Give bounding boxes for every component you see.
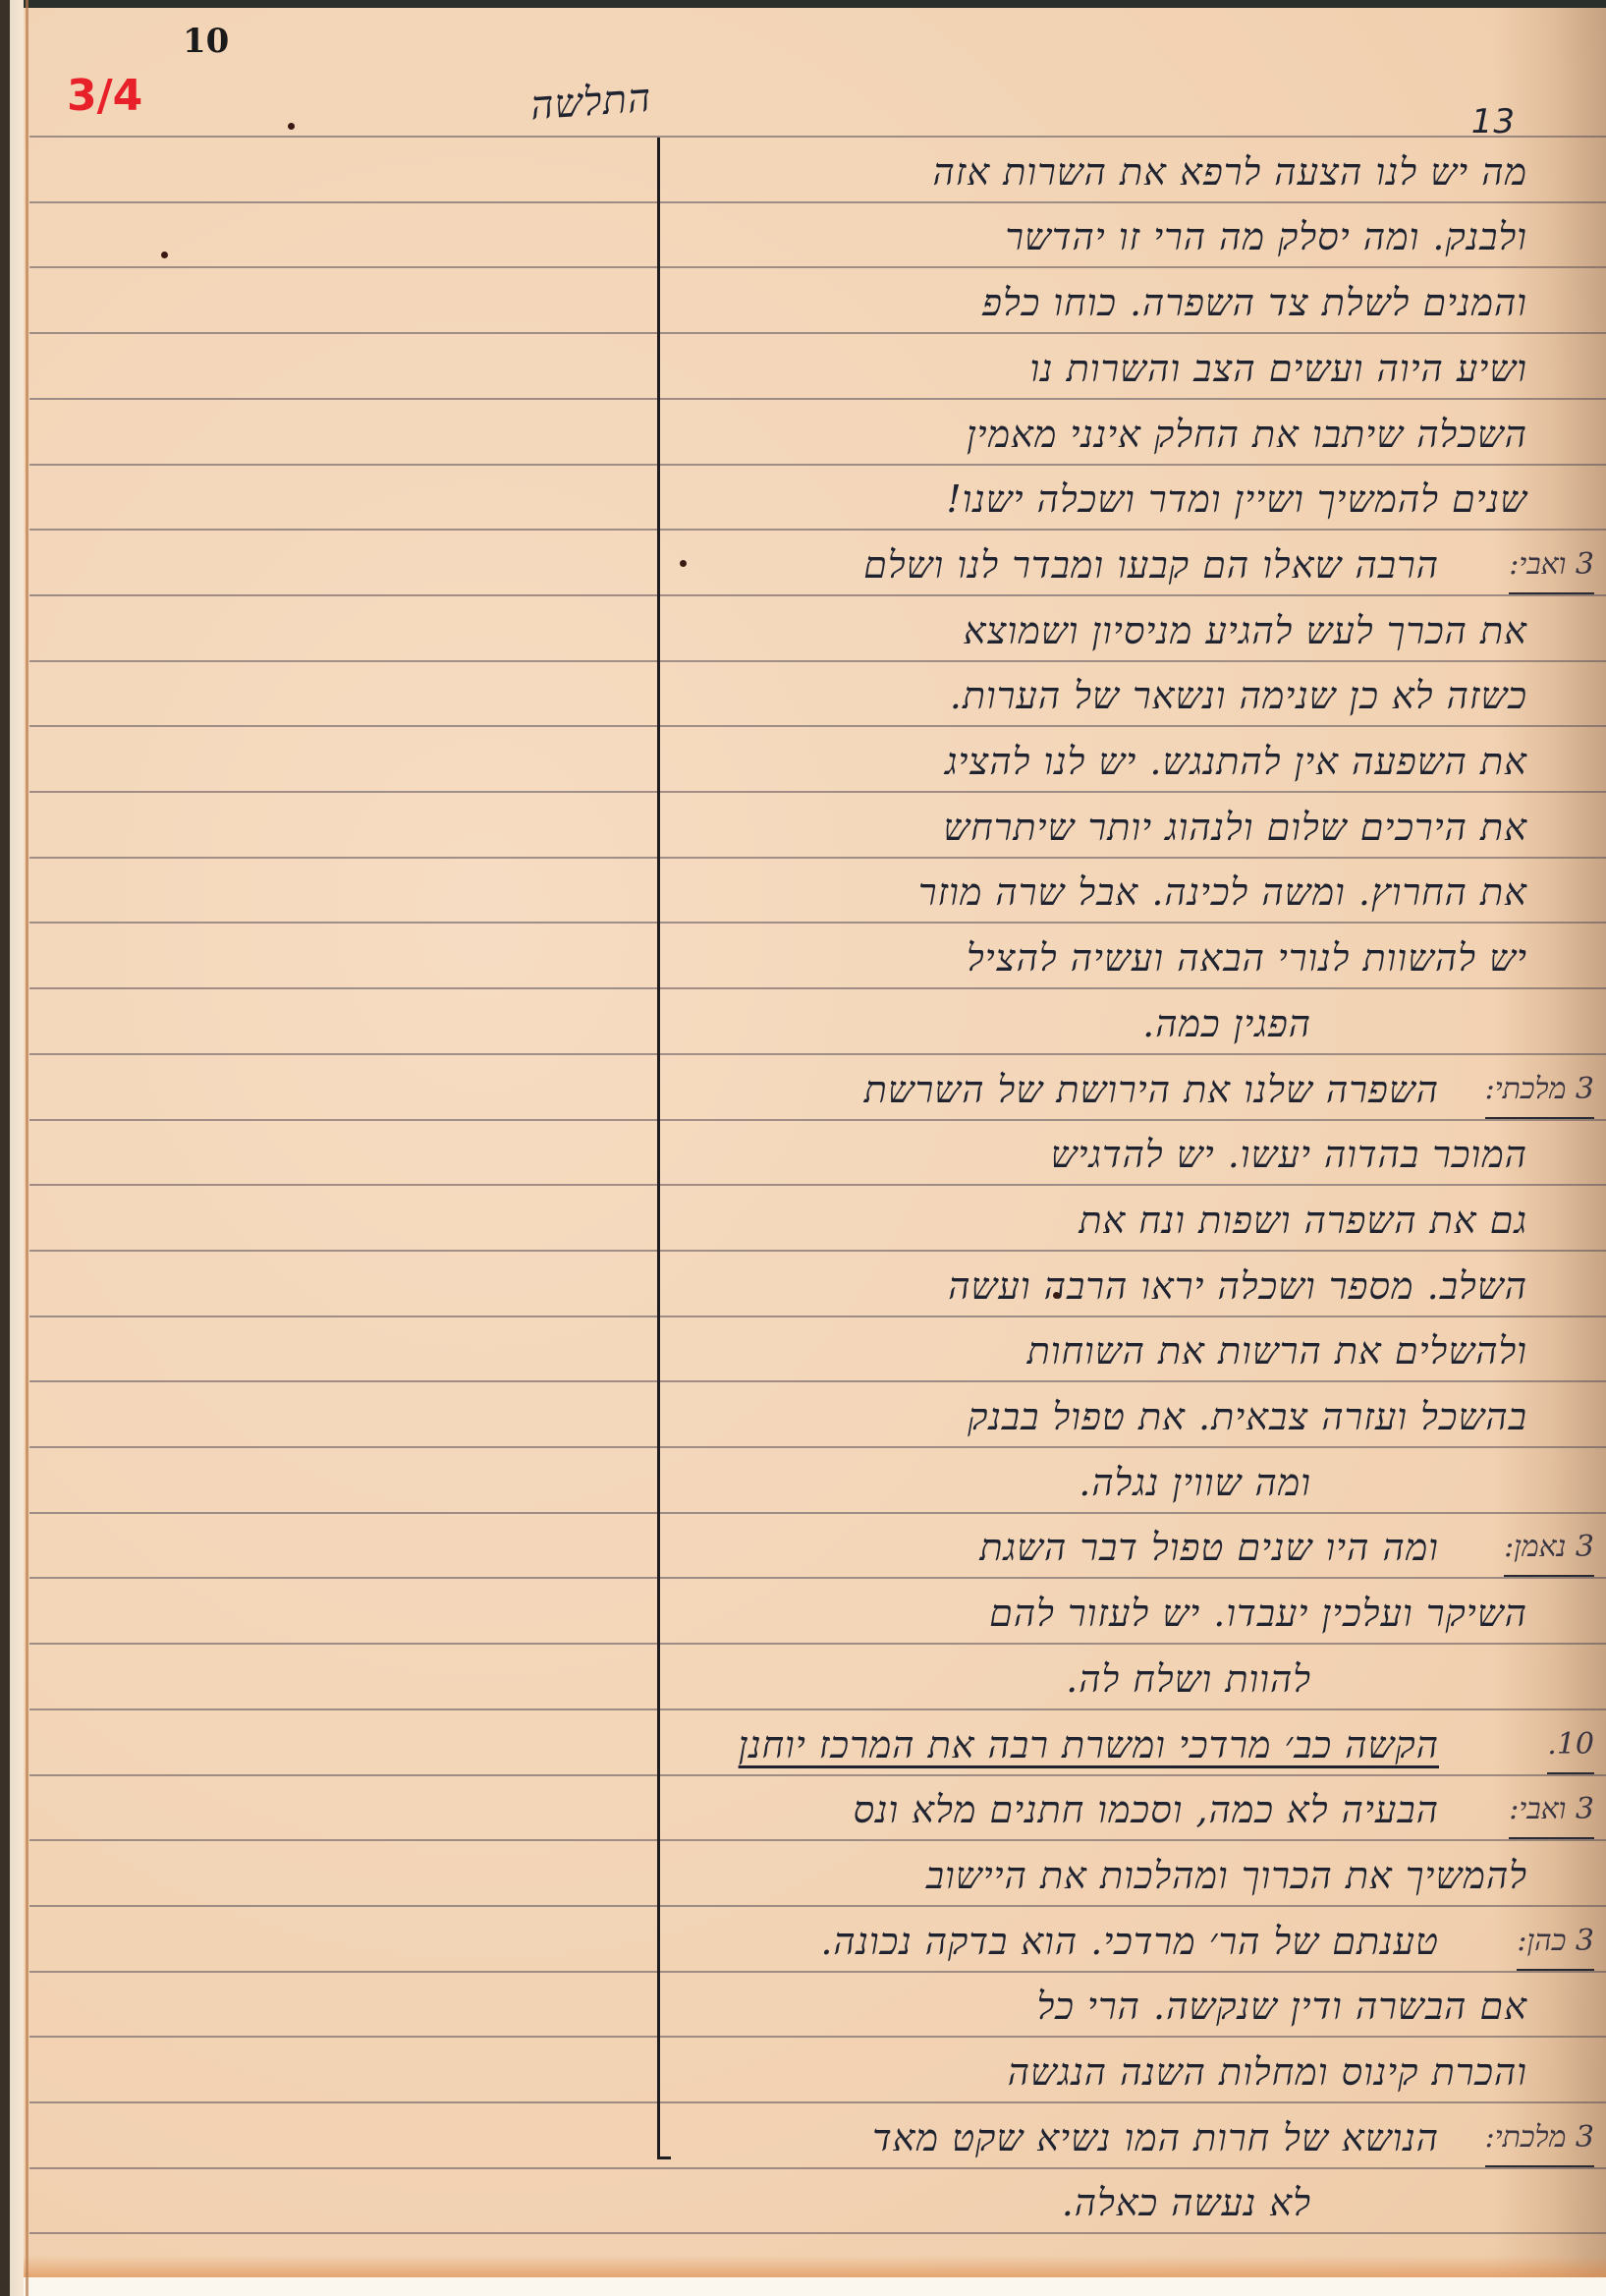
margin-line-hook: [657, 2156, 671, 2159]
ruled-line: [29, 660, 1606, 662]
scan-left-edge: [0, 0, 10, 2296]
handwritten-line: ומה היו שנים טפול דבר השגת: [979, 1520, 1439, 1575]
ink-dot: [288, 123, 295, 130]
ruled-line: [29, 1184, 1606, 1186]
speaker-label: 10.: [1547, 1717, 1594, 1774]
ruled-line: [29, 1119, 1606, 1121]
speaker-label: 3 מלכתי:: [1485, 2110, 1594, 2167]
handwritten-line: הרבה שאלו הם קבעו ומבדר לנו ושלם: [863, 537, 1439, 592]
speaker-label: 3 ואבי:: [1509, 1782, 1594, 1839]
ruled-line: [29, 398, 1606, 400]
ruled-line: [29, 136, 1606, 138]
page-left-margin-strip: [10, 0, 24, 2296]
scan-top-edge: [0, 0, 1606, 8]
handwritten-line: ולהשלים את הרשות את השוחות: [1027, 1323, 1527, 1378]
ruled-line: [29, 1577, 1606, 1579]
vertical-margin-line: [657, 138, 660, 2159]
ruled-line: [29, 464, 1606, 466]
handwritten-line: יש להשוות לנורי הבאה ועשיה להציל: [967, 930, 1527, 985]
ruled-line: [29, 725, 1606, 727]
handwritten-line: גם את השפרה ושפות ונח את: [1079, 1193, 1527, 1248]
handwritten-line: אם הבשרה ודין שנקשה. הרי כל: [1037, 1979, 1527, 2034]
ruled-line: [29, 857, 1606, 859]
ruled-line: [29, 1643, 1606, 1645]
handwritten-line: את הירכים שלום ולנהוג יותר שיתרחש: [943, 800, 1527, 855]
ruled-line: [29, 1250, 1606, 1252]
handwritten-line: המוכר בהדוה יעשו. יש להדגיש: [1051, 1127, 1527, 1182]
ruled-line: [29, 2101, 1606, 2103]
ruled-line: [29, 1316, 1606, 1317]
printed-page-number: 10: [183, 22, 229, 61]
ruled-line: [29, 594, 1606, 596]
ruled-line: [29, 2036, 1606, 2038]
ruled-line: [29, 201, 1606, 203]
ruled-line: [29, 2232, 1606, 2234]
handwritten-line: הפגין כמה.: [1142, 996, 1311, 1051]
ink-dot: [680, 560, 687, 567]
handwritten-line: טענתם של הר׳ מרדכי. הוא בדקה נכונה.: [820, 1914, 1439, 1969]
binding-line: [26, 0, 28, 2296]
ruled-line: [29, 1446, 1606, 1448]
ink-dot: [1053, 1292, 1060, 1299]
sheet-label: 3/4: [67, 71, 142, 121]
speaker-label: 3 ואבי:: [1509, 537, 1594, 594]
handwritten-line: ולבנק. ומה יסלק מה הרי זו יהדשר: [1005, 209, 1527, 264]
ruled-line: [29, 332, 1606, 334]
heading-word: התלשה: [529, 75, 653, 129]
ruled-line: [29, 1053, 1606, 1055]
speaker-label: 3 כהן:: [1517, 1914, 1594, 1971]
ruled-line: [29, 266, 1606, 268]
ruled-line: [29, 922, 1606, 924]
handwritten-line: את הכרך לעש להגיע מניסיון ושמוצא: [964, 603, 1527, 658]
handwritten-line: להוות ושלח לה.: [1066, 1652, 1311, 1707]
ruled-line: [29, 1905, 1606, 1907]
ruled-line: [29, 1512, 1606, 1514]
handwritten-line: בהשכל ועזרה צבאית. את טפול בבנק: [968, 1389, 1527, 1444]
ruled-line: [29, 791, 1606, 793]
handwritten-line: ומה שווין נגלה.: [1079, 1455, 1311, 1510]
ink-dot: [161, 252, 168, 258]
ruled-line: [29, 1839, 1606, 1841]
handwritten-line: והכרת קינוס ומחלות השנה הנגשה: [1008, 2044, 1527, 2100]
handwritten-line: לא נעשה כאלה.: [1062, 2175, 1311, 2230]
handwritten-line: כשזה לא כן שנימה ונשאר של הערות.: [950, 668, 1527, 723]
ruled-line: [29, 987, 1606, 989]
handwritten-line: הבעיה לא כמה, וסכמו חתנים מלא ונס: [854, 1782, 1439, 1837]
speaker-label: 3 נאמן:: [1504, 1520, 1594, 1577]
ruled-line: [29, 529, 1606, 531]
handwritten-line: השפרה שלנו את הירושת של השרשת: [864, 1062, 1439, 1117]
handwritten-line: את השפעה אין להתנגש. יש לנו להציג: [945, 734, 1527, 789]
ruled-line: [29, 1774, 1606, 1776]
ruled-line: [29, 1380, 1606, 1382]
handwritten-line: השלב. מספר ושכלה יראו הרבה ועשה: [948, 1259, 1527, 1314]
handwritten-line: ושיע היוה ועשים הצב והשרות נו: [1029, 341, 1527, 396]
ruled-line: [29, 1708, 1606, 1710]
handwritten-line: השיקר ועלכין יעבדו. יש לעזור להם: [989, 1586, 1527, 1641]
handwritten-line: שנים להמשיך ושיין ומדר ושכלה ישנו!: [946, 472, 1527, 527]
handwritten-page-number: 13: [1471, 102, 1516, 141]
handwritten-line: הקשה כב׳ מרדכי ומשרת רבה את המרכז יוחנן: [739, 1717, 1439, 1772]
handwritten-line: השכלה שיתבו את החלק אינני מאמין: [967, 407, 1527, 462]
handwritten-line: את החרוץ. ומשה לכינה. אבל שרה מוזר: [918, 865, 1527, 920]
ruled-line: [29, 2167, 1606, 2169]
ruled-line: [29, 1971, 1606, 1973]
handwritten-line: והמנים לשלת צד השפרה. כוחו כלפ: [982, 275, 1527, 330]
handwritten-line: הנושא של חרות המו נשיא שקט מאד: [872, 2110, 1439, 2165]
speaker-label: 3 מלכתי:: [1485, 1062, 1594, 1119]
handwritten-line: להמשיך את הכרוך ומהלכות את היישוב: [926, 1848, 1527, 1903]
handwritten-line: מה יש לנו הצעה לרפא את השרות אזה: [932, 144, 1527, 199]
